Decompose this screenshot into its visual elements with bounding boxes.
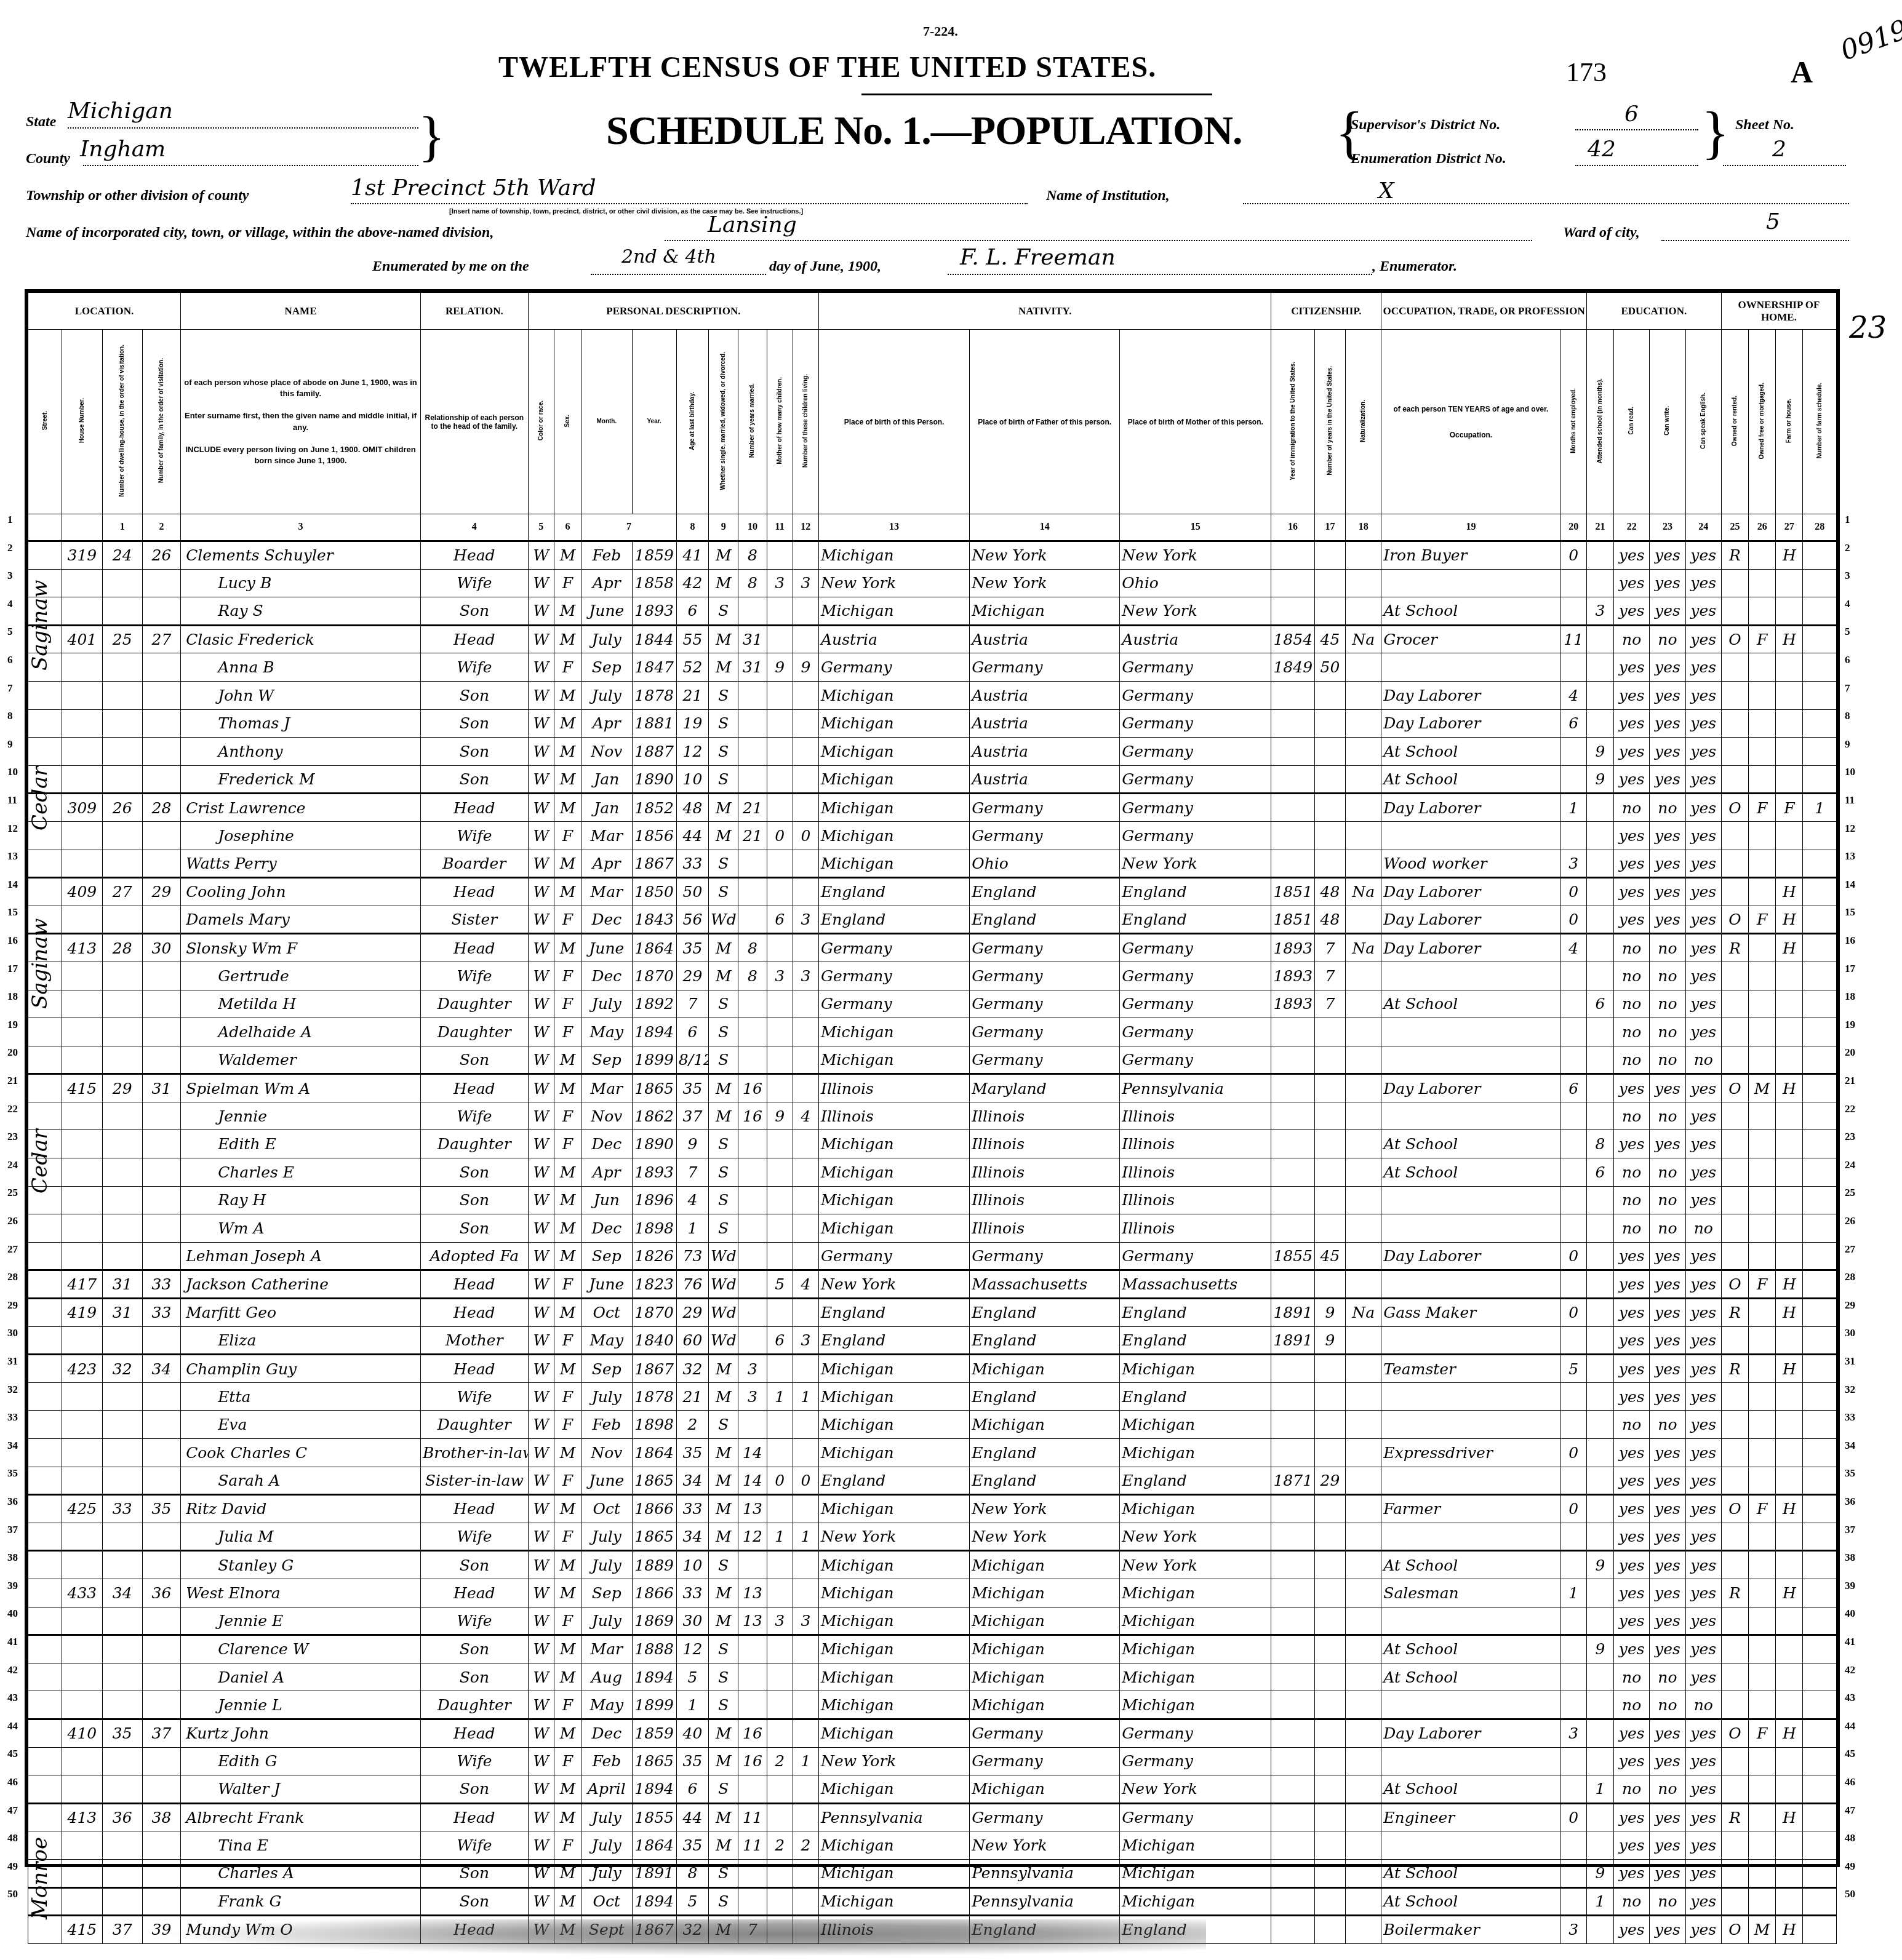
marital-status: S (709, 990, 738, 1018)
school-months (1586, 794, 1613, 822)
relation: Daughter (420, 990, 528, 1018)
immigration-year: 1893 (1271, 990, 1314, 1018)
birth-year: 1867 (632, 1355, 676, 1383)
owned-rented (1721, 1242, 1748, 1270)
dwelling-number (102, 1691, 142, 1719)
person-name: Edith G (181, 1747, 421, 1775)
relation: Son (420, 1635, 528, 1663)
children-living: 3 (793, 1326, 818, 1355)
farm-schedule (1803, 1186, 1837, 1214)
can-read: yes (1614, 1859, 1650, 1887)
farm-house (1776, 1411, 1803, 1439)
occupation: Boilermaker (1381, 1916, 1560, 1944)
farm-house (1776, 597, 1803, 626)
hdr-naturalization: Naturalization. (1346, 330, 1381, 514)
marital-status: M (709, 962, 738, 990)
children-living (793, 1859, 818, 1887)
sex: F (554, 821, 581, 850)
can-read: yes (1614, 738, 1650, 766)
school-months (1586, 541, 1613, 570)
immigration-year (1271, 1635, 1314, 1663)
family-number (142, 1859, 180, 1887)
birthplace-father: England (970, 906, 1120, 934)
line-number: 46 (7, 1776, 18, 1788)
column-number: 8 (676, 514, 708, 541)
farm-house (1776, 1326, 1803, 1355)
can-speak-english: yes (1685, 906, 1721, 934)
column-number: 21 (1586, 514, 1613, 541)
line-number: 25 (1845, 1187, 1855, 1199)
mother-of-children: 3 (767, 962, 793, 990)
can-read: no (1614, 990, 1650, 1018)
owned-rented (1721, 1523, 1748, 1551)
occupation (1381, 1046, 1560, 1074)
birth-year: 1847 (632, 653, 676, 682)
sex: M (554, 934, 581, 962)
owned-free (1749, 1831, 1776, 1860)
years-in-us (1314, 1270, 1345, 1299)
house-number (62, 1158, 102, 1187)
occupation: Gass Maker (1381, 1299, 1560, 1327)
can-speak-english: yes (1685, 990, 1721, 1018)
naturalization: Na (1346, 878, 1381, 906)
color-race: W (528, 1803, 554, 1831)
months-unemployed: 6 (1560, 1074, 1586, 1102)
can-write: no (1650, 625, 1685, 653)
can-read: no (1614, 1663, 1650, 1691)
relation: Head (420, 1074, 528, 1102)
mother-of-children (767, 1887, 793, 1916)
marital-status: M (709, 1607, 738, 1635)
can-speak-english: yes (1685, 1859, 1721, 1887)
birthplace-mother: Illinois (1120, 1186, 1271, 1214)
line-number: 2 (7, 542, 13, 554)
naturalization (1346, 1607, 1381, 1635)
person-name: Cooling John (181, 878, 421, 906)
table-row: 4133638Albrecht FrankHeadWMJuly185544M11… (28, 1803, 1837, 1831)
mother-of-children (767, 1355, 793, 1383)
years-married (738, 597, 767, 626)
years-in-us (1314, 1214, 1345, 1243)
city-label: Name of incorporated city, town, or vill… (26, 225, 493, 241)
months-unemployed (1560, 1859, 1586, 1887)
person-name: Clasic Frederick (181, 625, 421, 653)
group-education: EDUCATION. (1586, 293, 1721, 330)
birthplace-mother: Germany (1120, 738, 1271, 766)
birth-year: 1894 (632, 1018, 676, 1046)
line-number: 8 (7, 710, 13, 722)
occupation: At School (1381, 1775, 1560, 1804)
dwelling-number: 36 (102, 1803, 142, 1831)
column-number: 19 (1381, 514, 1560, 541)
birth-year: 1865 (632, 1074, 676, 1102)
can-speak-english: yes (1685, 1382, 1721, 1411)
can-write: yes (1650, 906, 1685, 934)
owned-rented: O (1721, 1719, 1748, 1747)
immigration-year (1271, 709, 1314, 738)
owned-free (1749, 1355, 1776, 1383)
color-race: W (528, 1467, 554, 1495)
school-months (1586, 1046, 1613, 1074)
occupation: Iron Buyer (1381, 541, 1560, 570)
months-unemployed (1560, 1102, 1586, 1130)
farm-schedule (1803, 1635, 1837, 1663)
naturalization (1346, 1691, 1381, 1719)
line-number: 9 (1845, 738, 1850, 751)
farm-schedule (1803, 1355, 1837, 1383)
line-number: 34 (7, 1440, 18, 1452)
farm-house (1776, 1887, 1803, 1916)
marital-status: M (709, 1719, 738, 1747)
school-months (1586, 1411, 1613, 1439)
line-number: 31 (1845, 1355, 1855, 1368)
years-married: 11 (738, 1803, 767, 1831)
children-living (793, 1551, 818, 1579)
relation: Son (420, 1775, 528, 1804)
mother-of-children (767, 1635, 793, 1663)
dwelling-number (102, 1747, 142, 1775)
line-number: 47 (1845, 1804, 1855, 1817)
enumeration-line (1575, 165, 1698, 166)
right-brace-close: } (1701, 103, 1730, 162)
house-number (62, 653, 102, 682)
can-speak-english: yes (1685, 1411, 1721, 1439)
line-number: 40 (7, 1607, 18, 1620)
months-unemployed (1560, 1214, 1586, 1243)
line-number: 46 (1845, 1776, 1855, 1788)
birth-year: 1894 (632, 1663, 676, 1691)
can-write: yes (1650, 569, 1685, 597)
owned-free (1749, 681, 1776, 709)
years-in-us (1314, 1691, 1345, 1719)
sex: M (554, 878, 581, 906)
owned-rented (1721, 597, 1748, 626)
years-in-us (1314, 794, 1345, 822)
occupation: Engineer (1381, 1803, 1560, 1831)
birth-month: Sep (581, 1355, 632, 1383)
occupation (1381, 1018, 1560, 1046)
can-speak-english: yes (1685, 1831, 1721, 1860)
column-number: 2 (142, 514, 180, 541)
sex: M (554, 1635, 581, 1663)
months-unemployed (1560, 1046, 1586, 1074)
sex: M (554, 1859, 581, 1887)
owned-free: F (1749, 794, 1776, 822)
relation: Mother (420, 1326, 528, 1355)
age: 1 (676, 1214, 708, 1243)
birth-year: 1826 (632, 1242, 676, 1270)
owned-rented (1721, 1411, 1748, 1439)
house-number: 417 (62, 1270, 102, 1299)
owned-rented: R (1721, 1299, 1748, 1327)
birthplace-person: Michigan (819, 1214, 970, 1243)
birth-month: June (581, 934, 632, 962)
years-married (738, 850, 767, 878)
person-name: Anna B (181, 653, 421, 682)
school-months (1586, 1018, 1613, 1046)
occupation (1381, 1831, 1560, 1860)
birthplace-mother: England (1120, 1382, 1271, 1411)
years-married: 21 (738, 821, 767, 850)
color-race: W (528, 1663, 554, 1691)
family-number (142, 850, 180, 878)
township-label: Township or other division of county (26, 188, 249, 204)
birthplace-person: Michigan (819, 541, 970, 570)
table-row: 3192426Clements SchuylerHeadWMFeb185941M… (28, 541, 1837, 570)
school-months (1586, 625, 1613, 653)
mother-of-children (767, 541, 793, 570)
can-read: no (1614, 1046, 1650, 1074)
line-number: 8 (1845, 710, 1850, 722)
birthplace-father: Michigan (970, 1411, 1120, 1439)
birthplace-father: Illinois (970, 1158, 1120, 1187)
street-name: Cedar (28, 1015, 52, 1193)
can-read: yes (1614, 850, 1650, 878)
house-number: 419 (62, 1299, 102, 1327)
institution-value: X (1378, 178, 1394, 204)
line-number: 12 (7, 823, 18, 835)
sex: F (554, 1326, 581, 1355)
school-months (1586, 1831, 1613, 1860)
birthplace-father: England (970, 878, 1120, 906)
marital-status: M (709, 1747, 738, 1775)
group-location: LOCATION. (28, 293, 181, 330)
can-read: no (1614, 1186, 1650, 1214)
birthplace-father: England (970, 1326, 1120, 1355)
line-number: 42 (1845, 1664, 1855, 1676)
person-name: John W (181, 681, 421, 709)
farm-house (1776, 1439, 1803, 1467)
mother-of-children (767, 1859, 793, 1887)
children-living (793, 765, 818, 794)
children-living: 9 (793, 653, 818, 682)
marital-status: S (709, 1691, 738, 1719)
naturalization (1346, 1074, 1381, 1102)
family-number (142, 1326, 180, 1355)
line-number: 29 (7, 1299, 18, 1312)
line-number: 5 (1845, 626, 1850, 638)
birthplace-person: Michigan (819, 1775, 970, 1804)
birthplace-person: Austria (819, 625, 970, 653)
color-race: W (528, 1691, 554, 1719)
months-unemployed (1560, 1775, 1586, 1804)
school-months (1586, 1663, 1613, 1691)
street-cell (28, 1719, 62, 1747)
birthplace-person: New York (819, 1747, 970, 1775)
mother-of-children (767, 1130, 793, 1158)
hdr-birth-person: Place of birth of this Person. (819, 330, 970, 514)
line-number: 28 (7, 1271, 18, 1283)
owned-free (1749, 1158, 1776, 1187)
line-number: 50 (1845, 1888, 1855, 1900)
naturalization (1346, 1467, 1381, 1495)
can-read: no (1614, 1691, 1650, 1719)
column-number: 4 (420, 514, 528, 541)
hdr-can-read: Can read. (1614, 330, 1650, 514)
school-months: 9 (1586, 1551, 1613, 1579)
line-number: 16 (7, 934, 18, 947)
color-race: W (528, 1439, 554, 1467)
school-months (1586, 906, 1613, 934)
owned-rented: R (1721, 934, 1748, 962)
years-married: 8 (738, 962, 767, 990)
birthplace-mother: Austria (1120, 625, 1271, 653)
dwelling-number: 25 (102, 625, 142, 653)
school-months (1586, 1523, 1613, 1551)
months-unemployed: 4 (1560, 934, 1586, 962)
can-speak-english: yes (1685, 653, 1721, 682)
age: 44 (676, 1803, 708, 1831)
farm-schedule (1803, 1018, 1837, 1046)
naturalization (1346, 1158, 1381, 1187)
sex: M (554, 1439, 581, 1467)
birthplace-mother: New York (1120, 850, 1271, 878)
can-write: yes (1650, 653, 1685, 682)
table-row: 4092729Cooling JohnHeadWMMar185050SEngla… (28, 878, 1837, 906)
birthplace-mother: New York (1120, 1523, 1271, 1551)
birthplace-father: New York (970, 1523, 1120, 1551)
sex: M (554, 1551, 581, 1579)
birthplace-father: Michigan (970, 1551, 1120, 1579)
birthplace-father: Illinois (970, 1214, 1120, 1243)
can-write: yes (1650, 1916, 1685, 1944)
mother-of-children: 2 (767, 1831, 793, 1860)
person-name: Adelhaide A (181, 1018, 421, 1046)
line-number: 14 (1845, 878, 1855, 891)
person-name: Crist Lawrence (181, 794, 421, 822)
children-living: 1 (793, 1523, 818, 1551)
relation: Head (420, 1270, 528, 1299)
birthplace-person: Michigan (819, 1691, 970, 1719)
farm-schedule (1803, 850, 1837, 878)
family-number (142, 1775, 180, 1804)
birthplace-mother: Michigan (1120, 1887, 1271, 1916)
school-months: 9 (1586, 765, 1613, 794)
farm-house: H (1776, 1916, 1803, 1944)
person-name: Lucy B (181, 569, 421, 597)
farm-house: H (1776, 934, 1803, 962)
age: 21 (676, 681, 708, 709)
enumerated-prefix: Enumerated by me on the (372, 258, 529, 275)
enumeration-value: 42 (1588, 137, 1616, 162)
occupation (1381, 653, 1560, 682)
naturalization (1346, 1326, 1381, 1355)
owned-free (1749, 850, 1776, 878)
ward-value: 5 (1766, 209, 1780, 234)
owned-free (1749, 1859, 1776, 1887)
dwelling-number (102, 681, 142, 709)
relation: Wife (420, 1102, 528, 1130)
can-read: yes (1614, 1551, 1650, 1579)
owned-free (1749, 1551, 1776, 1579)
years-married (738, 1018, 767, 1046)
immigration-year (1271, 1439, 1314, 1467)
township-line (351, 203, 1028, 204)
birth-month: Nov (581, 1102, 632, 1130)
immigration-year: 1871 (1271, 1467, 1314, 1495)
enumerated-suffix: day of June, 1900, (769, 258, 881, 275)
color-race: W (528, 962, 554, 990)
relation: Son (420, 597, 528, 626)
marital-status: S (709, 681, 738, 709)
line-number: 40 (1845, 1607, 1855, 1620)
person-name: Clarence W (181, 1635, 421, 1663)
school-months (1586, 962, 1613, 990)
birth-year: 1898 (632, 1214, 676, 1243)
age: 6 (676, 1775, 708, 1804)
can-write: yes (1650, 1523, 1685, 1551)
birthplace-mother: Germany (1120, 709, 1271, 738)
farm-house (1776, 1130, 1803, 1158)
relation: Head (420, 1355, 528, 1383)
years-in-us (1314, 1382, 1345, 1411)
street-cell (28, 1635, 62, 1663)
relation: Son (420, 1887, 528, 1916)
dwelling-number: 24 (102, 541, 142, 570)
birth-year: 1864 (632, 1831, 676, 1860)
years-in-us (1314, 541, 1345, 570)
relation: Head (420, 1719, 528, 1747)
years-in-us: 48 (1314, 878, 1345, 906)
owned-free (1749, 541, 1776, 570)
house-number: 410 (62, 1719, 102, 1747)
immigration-year (1271, 1663, 1314, 1691)
mother-of-children (767, 1411, 793, 1439)
table-row: Watts PerryBoarderWMApr186733SMichiganOh… (28, 850, 1837, 878)
immigration-year (1271, 1775, 1314, 1804)
owned-free (1749, 1242, 1776, 1270)
farm-house (1776, 1607, 1803, 1635)
person-name: Josephine (181, 821, 421, 850)
farm-schedule (1803, 821, 1837, 850)
owned-free (1749, 1411, 1776, 1439)
owned-free: F (1749, 1719, 1776, 1747)
can-write: no (1650, 1214, 1685, 1243)
person-name: Kurtz John (181, 1719, 421, 1747)
farm-schedule (1803, 906, 1837, 934)
years-in-us (1314, 1495, 1345, 1523)
house-number: 309 (62, 794, 102, 822)
birth-month: Jan (581, 765, 632, 794)
immigration-year (1271, 821, 1314, 850)
birthplace-mother: Illinois (1120, 1158, 1271, 1187)
owned-rented: R (1721, 1803, 1748, 1831)
marital-status: M (709, 794, 738, 822)
owned-rented (1721, 1018, 1748, 1046)
street-cell (28, 1691, 62, 1719)
birthplace-father: Illinois (970, 1186, 1120, 1214)
birthplace-person: Michigan (819, 1663, 970, 1691)
house-number (62, 1831, 102, 1860)
children-living (793, 1495, 818, 1523)
birthplace-person: England (819, 878, 970, 906)
owned-rented (1721, 653, 1748, 682)
birthplace-father: Austria (970, 738, 1120, 766)
birthplace-mother: England (1120, 906, 1271, 934)
table-row: 4012527Clasic FrederickHeadWMJuly184455M… (28, 625, 1837, 653)
months-unemployed: 1 (1560, 1579, 1586, 1607)
column-number: 27 (1776, 514, 1803, 541)
color-race: W (528, 1299, 554, 1327)
person-name: Anthony (181, 738, 421, 766)
relation: Wife (420, 1831, 528, 1860)
marital-status: S (709, 1775, 738, 1804)
sex: M (554, 597, 581, 626)
can-speak-english: yes (1685, 1607, 1721, 1635)
birth-year: 1892 (632, 990, 676, 1018)
farm-house: H (1776, 1299, 1803, 1327)
column-number: 11 (767, 514, 793, 541)
